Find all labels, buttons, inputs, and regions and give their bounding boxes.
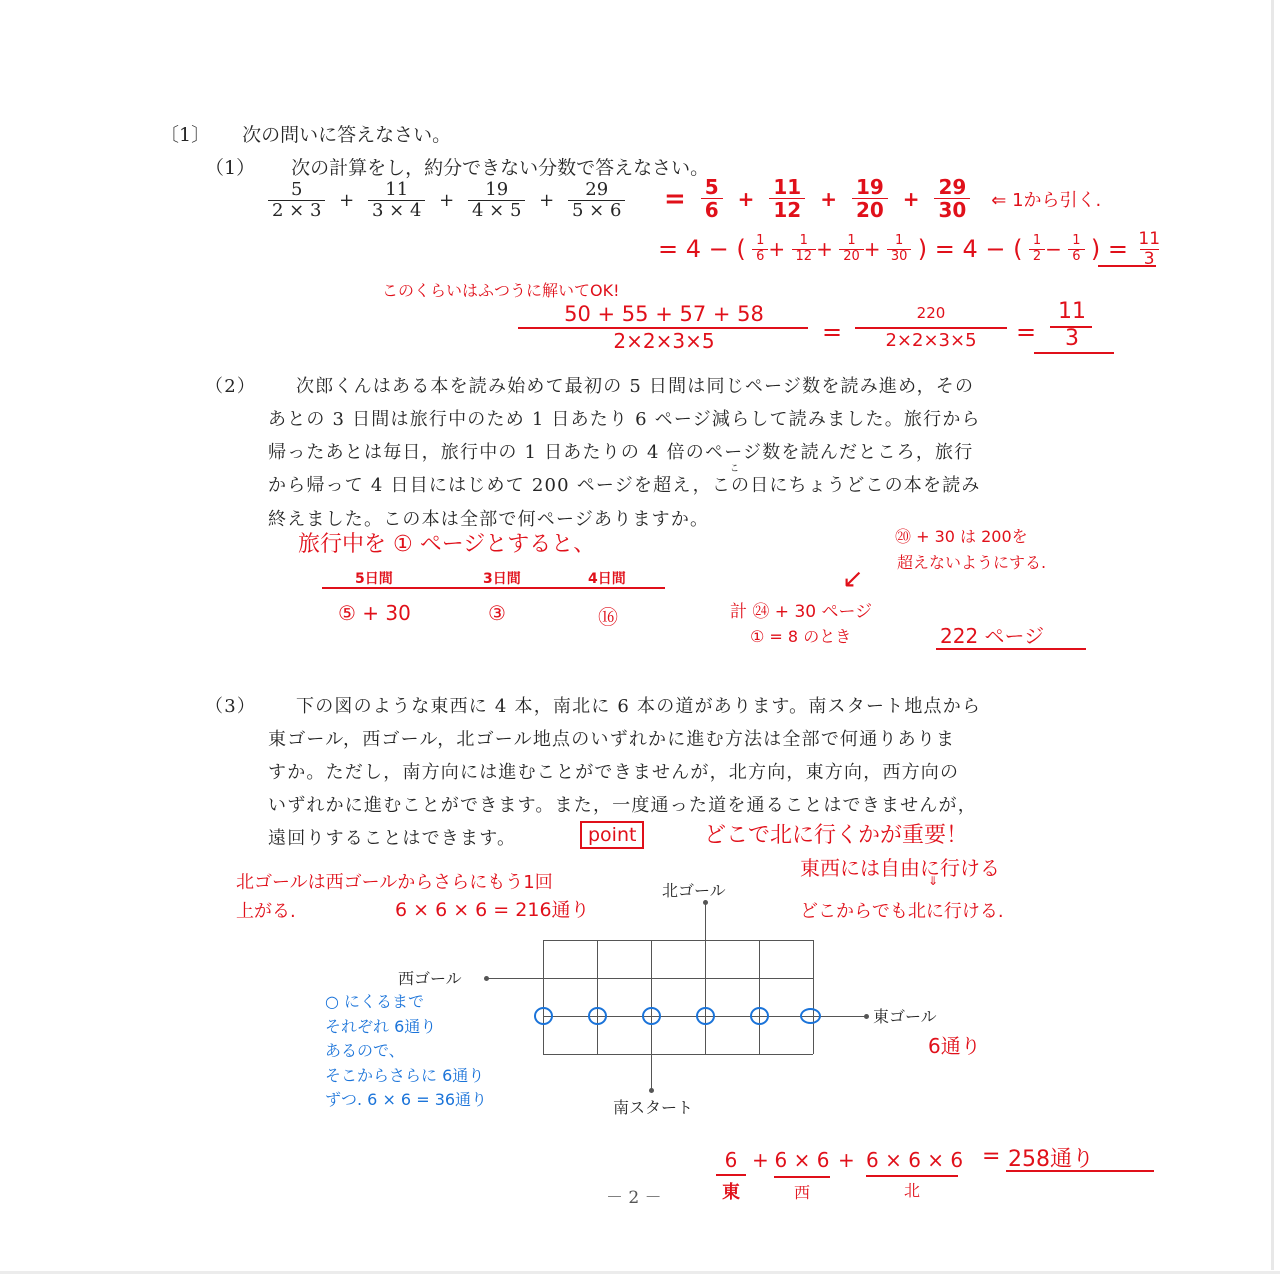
q1-expression: 52 × 3 + 113 × 4 + 194 × 5 + 295 × 6 — [268, 180, 625, 221]
equals-sign: = — [982, 1144, 1000, 1169]
q2-line-4: から帰って 4 日目にはじめて 200 ページを超え，この日にちょうどこの本を読… — [268, 471, 981, 497]
ns-road — [813, 940, 814, 1054]
table-header-5days: 5日間 — [355, 568, 393, 588]
q3-line-4: いずれかに進むことができます。また，一度通った道を通ることはできませんが， — [268, 791, 977, 817]
east-goal-label: 東ゴール — [873, 1004, 937, 1027]
q1-answer-a: 113 — [1134, 230, 1164, 268]
north-road-ext — [705, 903, 706, 940]
circle-marker — [642, 1007, 661, 1025]
west-goal-label: 西ゴール — [398, 966, 462, 989]
q1-annotation-line1: = 56 + 1112 + 1920 + 2930 ⇐ 1から引く. — [656, 176, 1101, 221]
south-start-label: 南スタート — [613, 1095, 693, 1118]
table-value-5days: ⑤ + 30 — [338, 601, 411, 625]
ns-road — [705, 940, 706, 1054]
anno-text: ) = 4 − ( — [918, 235, 1023, 263]
arrow-icon: ↙ — [842, 564, 864, 594]
east-goal-dot — [864, 1014, 869, 1019]
circle-marker — [696, 1007, 715, 1025]
anno-text: ) = — [1091, 235, 1128, 263]
ew-road — [543, 978, 813, 979]
q2-line-1: 次郎くんはある本を読み始めて最初の 5 日間は同じページ数を読み進め，その — [296, 372, 974, 398]
label-underline — [774, 1176, 830, 1178]
q3-line-2: 東ゴール，西ゴール，北ゴール地点のいずれかに進む方法は全部で何通りありま — [268, 725, 955, 751]
final-west-label: 西 — [774, 1180, 830, 1203]
point-badge: point — [580, 821, 644, 849]
blue-note-line: あるので、 — [325, 1039, 555, 1064]
final-north-value: 6 × 6 × 6 — [866, 1148, 958, 1172]
fraction-bar — [855, 327, 1007, 329]
ns-road — [759, 940, 760, 1054]
q1-answer-b-den: 3 — [1052, 326, 1092, 351]
q3-line-1: 下の図のような東西に 4 本，南北に 6 本の道があります。南スタート地点から — [296, 692, 981, 718]
table-header-3days: 3日間 — [483, 568, 521, 588]
q1-label: （1） — [205, 157, 255, 179]
scan-edge-bottom — [0, 1271, 1280, 1274]
anno-frac: 16 — [752, 234, 768, 264]
south-road-ext — [651, 1054, 652, 1090]
point-note: どこで北に行くかが重要！ — [704, 818, 968, 849]
final-north-label: 北 — [866, 1178, 958, 1201]
q2-line-2: あとの 3 日間は旅行中のため 1 日あたり 6 ページ減らして読みました。旅行… — [268, 405, 981, 431]
blue-note-line: そこからさらに 6通り — [325, 1064, 555, 1089]
plus-operator: + — [838, 1148, 855, 1172]
label-underline — [716, 1174, 746, 1176]
blue-note-line: ずつ. 6 × 6 = 36通り — [325, 1088, 555, 1113]
anno-frac: 16 — [1068, 234, 1084, 264]
answer-underline — [1006, 1170, 1154, 1172]
north-goal-label: 北ゴール — [662, 878, 726, 901]
south-start-dot — [649, 1088, 654, 1093]
final-answer: 258通り — [1008, 1142, 1094, 1173]
answer-underline — [936, 648, 1086, 650]
table-rule — [322, 587, 665, 589]
q2-note-line1: ⑳ + 30 は 200を — [895, 524, 1028, 547]
anno-text: = 4 − ( — [658, 235, 746, 263]
q3-label: （3） — [205, 692, 256, 718]
q1-alt-mid-denominator: 2×2×3×5 — [855, 330, 1007, 351]
blue-note-line: それぞれ 6通り — [325, 1015, 555, 1040]
q1-alt-denominator: 2×2×3×5 — [520, 329, 808, 353]
ns-road — [597, 940, 598, 1054]
circle-marker — [588, 1007, 607, 1025]
anno-frac: 12 — [1029, 234, 1045, 264]
q2-note-line2: 超えないようにする. — [897, 550, 1046, 573]
anno-frac: 112 — [792, 234, 817, 264]
plus-operator: + — [752, 1148, 769, 1172]
ew-note-1: 東西には自由に行ける — [800, 852, 1000, 881]
scan-edge-right — [1271, 0, 1274, 1270]
table-header-4days: 4日間 — [588, 568, 626, 588]
q2-line-3: 帰ったあとは毎日，旅行中の 1 日あたりの 4 倍のページ数を読んだところ，旅行 — [268, 438, 973, 464]
q1-term-3: 194 × 5 — [468, 180, 525, 221]
q1-alt-numerator: 50 + 55 + 57 + 58 — [520, 302, 808, 326]
equals-sign: = — [664, 184, 686, 214]
page-number: － 2 － — [606, 1183, 662, 1208]
circle-marker — [750, 1007, 769, 1025]
plus-operator: + — [439, 190, 454, 211]
subtract-from-one-note: ⇐ 1から引く. — [991, 190, 1101, 211]
ew-note-2: どこからでも北に行ける. — [800, 897, 1004, 923]
q1-term-1: 52 × 3 — [268, 180, 325, 221]
plus-operator: + — [539, 190, 554, 211]
blue-note: ○ にくるまで それぞれ 6通り あるので、 そこからさらに 6通り ずつ. 6… — [325, 990, 555, 1113]
blue-note-line: ○ にくるまで — [325, 990, 555, 1015]
ew-road — [543, 940, 813, 941]
q2-setup-note: 旅行中を ① ページとすると、 — [298, 527, 595, 558]
ew-road — [543, 1054, 813, 1055]
q1-alt-note: このくらいはふつうに解いてOK! — [382, 278, 620, 301]
equals-sign: = — [1016, 318, 1036, 346]
q1-header: （1） 次の計算をし，約分できない分数で答えなさい。 — [205, 153, 709, 180]
section-header: 〔1〕 次の問いに答えなさい。 — [160, 120, 451, 147]
north-note-2: 上がる. — [236, 897, 296, 923]
plus-operator: + — [339, 190, 354, 211]
q1-term-2: 113 × 4 — [368, 180, 425, 221]
north-note-1: 北ゴールは西ゴールからさらにもう1回 — [236, 868, 553, 894]
answer-underline — [1034, 352, 1114, 354]
ns-road — [651, 940, 652, 1054]
q1-annotation-line2: = 4 − ( 16+ 112+ 120+ 130 ) = 4 − ( 12− … — [658, 230, 1164, 268]
label-underline — [866, 1175, 958, 1177]
section-label: 〔1〕 — [160, 124, 210, 146]
final-east-label: 東 — [716, 1178, 746, 1204]
circle-marker — [800, 1008, 821, 1024]
q1-text: 次の計算をし，約分できない分数で答えなさい。 — [291, 157, 709, 179]
down-arrow-icon: ⇓ — [928, 874, 938, 888]
final-east-value: 6 — [716, 1148, 746, 1172]
q2-total: 計 ㉔ + 30 ページ — [730, 597, 872, 622]
anno-frac: 130 — [887, 234, 912, 264]
section-instruction: 次の問いに答えなさい。 — [242, 124, 451, 146]
q3-line-3: すか。ただし，南方向には進むことができませんが，北方向，東方向，西方向の — [268, 758, 959, 784]
answer-underline — [1098, 265, 1156, 267]
west-road-ext — [487, 978, 543, 979]
ew-road — [543, 1016, 813, 1017]
anno-frac: 120 — [839, 234, 864, 264]
anno-frac: 2930 — [934, 176, 970, 221]
equals-sign: = — [822, 318, 842, 346]
q1-alt-mid-numerator: 220 — [855, 304, 1007, 322]
q2-unit-value: ① = 8 のとき — [750, 624, 851, 647]
table-value-3days: ③ — [488, 601, 506, 625]
table-value-4days: ⑯ — [598, 601, 618, 630]
north-calc: 6 × 6 × 6 = 216通り — [395, 895, 590, 922]
anno-frac: 1112 — [769, 176, 805, 221]
q3-line-5: 遠回りすることはできます。 — [268, 824, 516, 850]
q1-answer-b-num: 11 — [1052, 299, 1092, 324]
final-west-value: 6 × 6 — [774, 1148, 830, 1172]
q2-label: （2） — [205, 372, 256, 398]
east-count-note: 6通り — [928, 1030, 981, 1059]
anno-frac: 1920 — [852, 176, 888, 221]
q2-answer: 222 ページ — [940, 620, 1044, 649]
anno-frac: 56 — [701, 176, 723, 221]
q1-term-4: 295 × 6 — [568, 180, 625, 221]
